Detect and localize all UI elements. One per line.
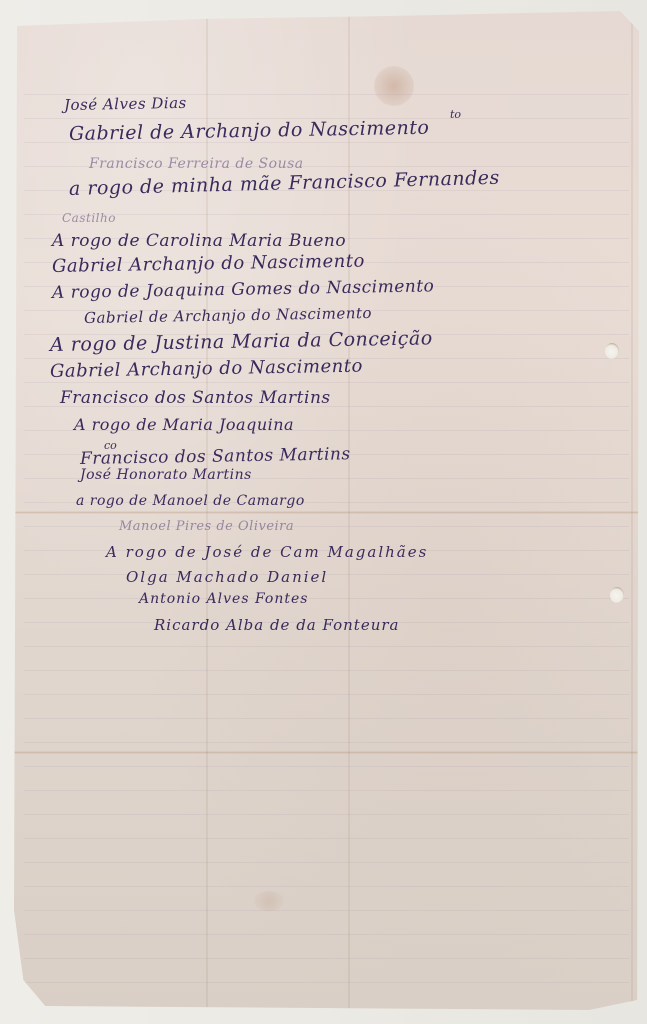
- horizontal-fold-upper: [14, 511, 639, 514]
- signature-line-16: a rogo de Manoel de Camargo: [76, 493, 305, 509]
- signature-line-5: Castilho: [62, 211, 116, 225]
- signature-line-15: José Honorato Martins: [80, 467, 252, 483]
- signature-line-17: Manoel Pires de Oliveira: [119, 519, 294, 534]
- signature-line-19: Olga Machado Daniel: [126, 568, 328, 586]
- signature-line-21: Ricardo Alba de da Fonteura: [154, 616, 399, 634]
- signature-line-18: A rogo de José de Cam Magalhães: [106, 543, 428, 561]
- signature-line-20: Antonio Alves Fontes: [139, 591, 308, 607]
- superscript-to: to: [450, 108, 461, 121]
- vertical-crease-center: [348, 11, 350, 1010]
- horizontal-fold-lower: [14, 751, 639, 754]
- punch-hole-lower: [610, 587, 624, 603]
- signature-line-13: A rogo de Maria Joaquina: [74, 415, 294, 434]
- document-photo: José Alves Dias Gabriel de Archanjo do N…: [0, 0, 647, 1024]
- signature-line-1: José Alves Dias: [64, 94, 187, 114]
- punch-hole-upper: [605, 343, 619, 359]
- vertical-crease-right: [631, 11, 633, 1010]
- ink-stain: [374, 66, 414, 106]
- signature-line-12: Francisco dos Santos Martins: [60, 388, 331, 408]
- paper-sheet: José Alves Dias Gabriel de Archanjo do N…: [14, 11, 639, 1010]
- signature-line-3: Francisco Ferreira de Sousa: [89, 156, 304, 172]
- age-spot: [254, 891, 284, 911]
- signature-line-6: A rogo de Carolina Maria Bueno: [52, 231, 346, 251]
- superscript-co: co: [104, 439, 117, 452]
- faint-ruled-lines: [24, 71, 629, 990]
